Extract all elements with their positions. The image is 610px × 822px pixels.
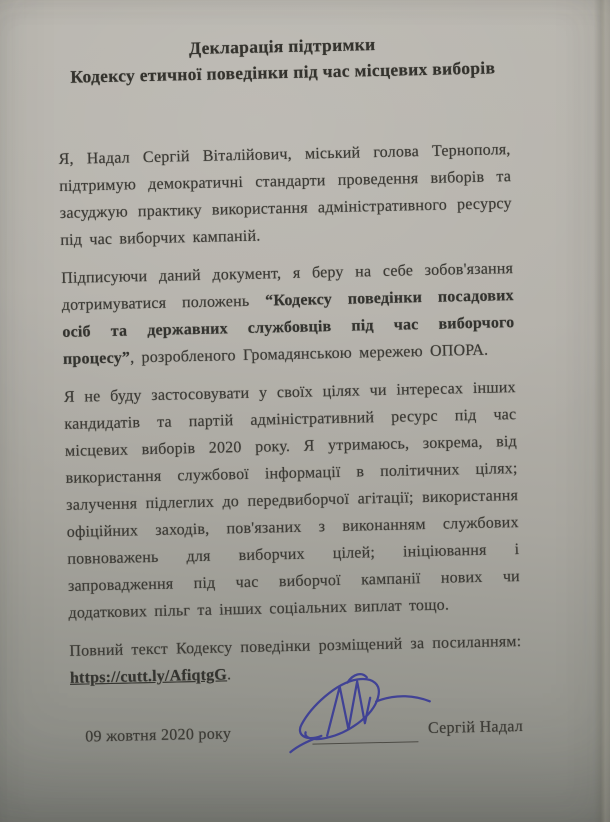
paragraph-link-period: . [227,666,232,683]
signature-row: 09 жовтня 2020 року Сергій Надал [71,718,523,750]
code-url-text: https://cutt.ly/AfiqtgG [70,666,227,686]
document-photo: Декларація підтримки Кодексу етичної пов… [0,0,610,822]
declaration-document: Декларація підтримки Кодексу етичної пов… [56,28,523,750]
document-date: 09 жовтня 2020 року [85,725,231,749]
signature-line [312,737,418,744]
paragraph-obligations: Я не буду застосовувати у своїх цілях чи… [64,374,521,627]
document-title: Декларація підтримки Кодексу етичної пов… [56,28,509,90]
paragraph-intro: Я, Надал Сергій Віталійович, міський гол… [58,136,512,254]
paragraph-commitment: Підписуючи даний документ, я беру на себ… [61,255,515,373]
paragraph-commitment-text-2: , розробленого Громадянською мережею ОПО… [130,342,488,367]
signatory-name: Сергій Надал [428,718,524,742]
paragraph-link-text: Повний текст Кодексу поведінки розміщени… [69,633,521,660]
signature-ink [281,669,439,760]
